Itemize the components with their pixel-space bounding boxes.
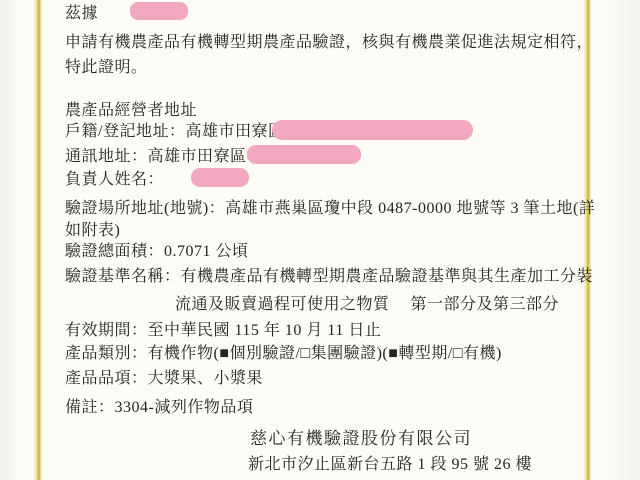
redaction-registered-address <box>272 120 473 140</box>
intro-prefix: 茲據 <box>65 4 98 23</box>
operator-heading: 農產品經營者地址 <box>65 101 197 120</box>
standard-name-line1: 驗證基準名稱：有機農產品有機轉型期農產品驗證基準與其生產加工分裝 <box>65 267 593 286</box>
product-category: 產品類別：有機作物(■個別驗證/□集團驗證)(■轉型期/□有機) <box>65 344 502 363</box>
certificate-border-right <box>584 0 591 480</box>
mailing-address-label: 通訊地址：高雄市田寮區 <box>65 147 247 166</box>
certificate-border-left <box>34 0 42 480</box>
responsible-person-label: 負責人姓名： <box>65 170 164 189</box>
total-area: 驗證總面積：0.7071 公頃 <box>65 242 249 261</box>
product-items: 產品品項：大漿果、小漿果 <box>65 369 263 388</box>
intro-body-line2: 特此證明。 <box>65 58 148 77</box>
registered-address-label: 戶籍/登記地址：高雄市田寮區 <box>65 122 284 141</box>
certificate-page: 茲據 申請有機農產品有機轉型期農產品驗證，核與有機農業促進法規定相符， 特此證明… <box>0 0 640 480</box>
intro-body-line1: 申請有機農產品有機轉型期農產品驗證，核與有機農業促進法規定相符， <box>65 33 593 52</box>
issuer-company-address: 新北市汐止區新台五路 1 段 95 號 26 樓 <box>248 455 532 474</box>
validity-period: 有效期間：至中華民國 115 年 10 月 11 日止 <box>65 321 381 340</box>
issuer-company-name: 慈心有機驗證股份有限公司 <box>250 429 472 448</box>
standard-name-line2: 流通及販賣過程可使用之物質 第一部分及第三部分 <box>175 295 559 314</box>
site-address-line1: 驗證場所地址(地號)：高雄市燕巢區瓊中段 0487-0000 地號等 3 筆土地… <box>65 199 595 218</box>
site-address-line2: 如附表) <box>65 221 120 240</box>
photo-edge-shade-right <box>591 0 640 480</box>
remarks: 備註：3304-減列作物品項 <box>65 398 253 417</box>
redaction-applicant-name <box>130 2 188 20</box>
redaction-mailing-address <box>247 145 361 164</box>
photo-edge-shade-left <box>0 0 34 480</box>
redaction-responsible-person <box>191 168 249 187</box>
